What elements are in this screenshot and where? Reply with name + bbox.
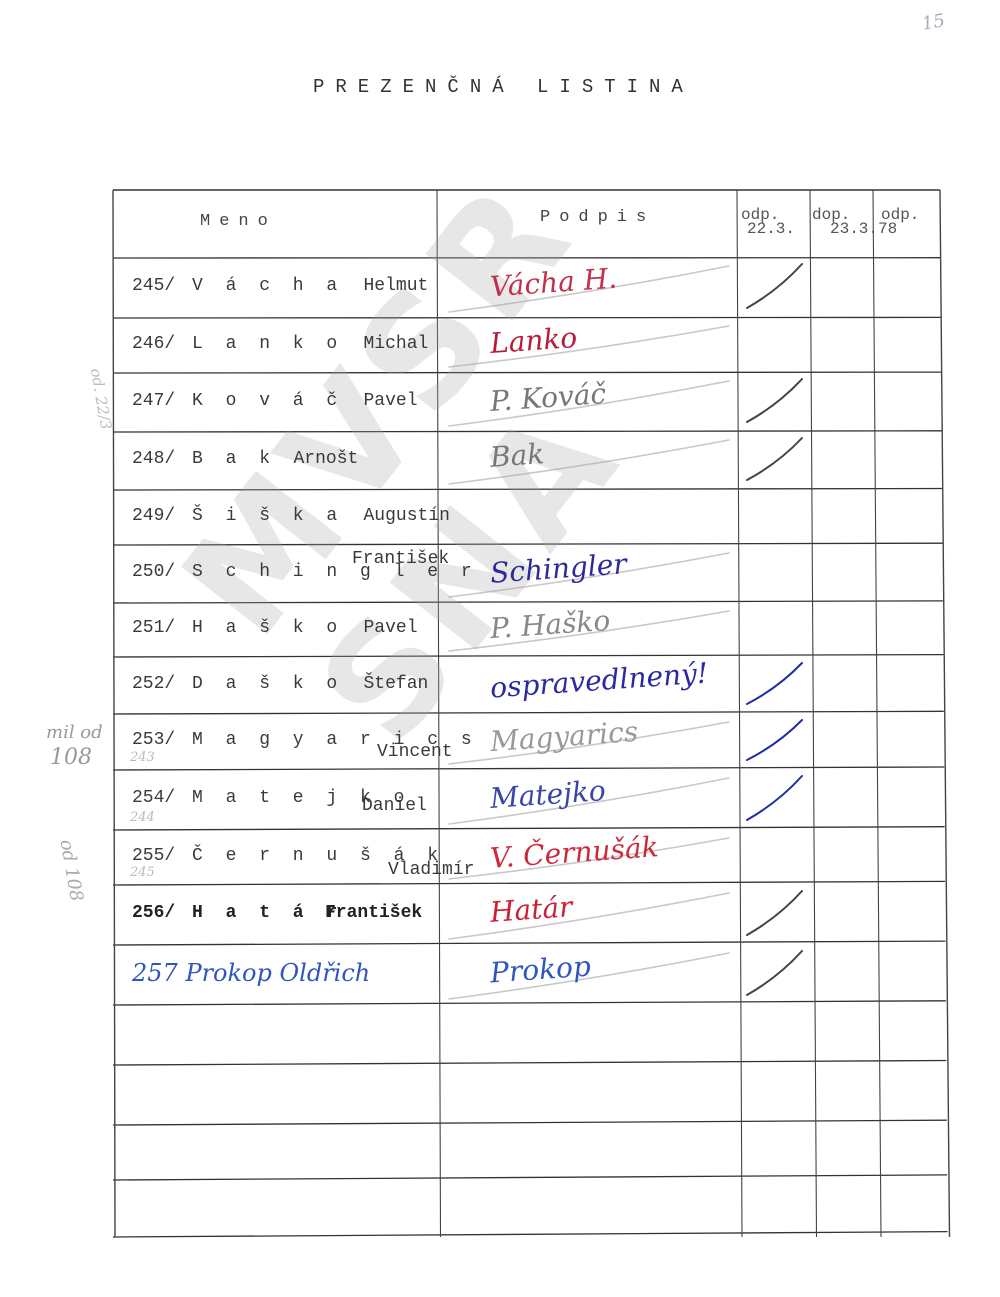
row-number: 249/	[132, 506, 175, 526]
signature: Lanko	[489, 321, 578, 360]
check-mark-dop-23	[747, 438, 802, 480]
signature: Bak	[489, 437, 545, 474]
handwritten-name: 257 Prokop Oldřich	[132, 959, 370, 987]
first-name: František	[325, 903, 422, 923]
header-odp-23: odp.	[881, 208, 919, 222]
row-number: 251/	[132, 618, 175, 638]
check-mark-dop-23	[747, 720, 802, 760]
surname: Š i š k a	[192, 506, 343, 526]
pencil-note: 243	[130, 750, 155, 765]
row-number: 252/	[132, 674, 175, 694]
pencil-note: 245	[130, 865, 155, 880]
row-number: 250/	[132, 562, 175, 582]
check-mark-dop-23	[747, 776, 802, 820]
row-number: 248/	[132, 449, 175, 469]
row-number: 253/	[132, 730, 175, 750]
header-signature: Podpis	[540, 208, 655, 227]
row-number: 247/	[132, 391, 175, 411]
surname: H a t á r	[192, 903, 343, 923]
surname: H a š k o	[192, 618, 343, 638]
header-dop-23-date: 23.3.78	[812, 222, 897, 236]
signature: Határ	[489, 890, 574, 929]
first-name: František	[352, 549, 449, 569]
margin-note-mil: mil od	[46, 722, 103, 743]
row-number: 254/	[132, 788, 175, 808]
check-mark-dop-23	[747, 264, 802, 308]
first-name: Štefan	[364, 674, 429, 694]
row-number: 255/	[132, 846, 175, 866]
surname: D a š k o	[192, 674, 343, 694]
first-name: Vladimír	[388, 860, 474, 880]
margin-note-108: 108	[50, 745, 92, 770]
first-name: Arnošt	[294, 449, 359, 469]
surname: V á c h a	[192, 276, 343, 296]
first-name: Helmut	[364, 276, 429, 296]
surname: L a n k o	[192, 334, 343, 354]
check-mark-dop-23	[747, 891, 802, 935]
pencil-note: 244	[130, 810, 155, 825]
row-number: 245/	[132, 276, 175, 296]
table-grid	[0, 0, 1000, 1297]
surname: B a k	[192, 449, 276, 469]
first-name: Pavel	[364, 618, 418, 638]
check-mark-dop-23	[747, 663, 802, 704]
surname: K o v á č	[192, 391, 343, 411]
row-number: 256/	[132, 903, 175, 923]
header-name: Meno	[200, 212, 277, 231]
header-odp-23-label: odp.	[881, 208, 919, 222]
signature: Prokop	[489, 950, 592, 990]
header-odp-22: odp. 22.3.	[741, 208, 795, 236]
first-name: Daniel	[362, 796, 427, 816]
first-name: Vincent	[377, 742, 453, 762]
header-odp-22-date: 22.3.	[741, 222, 795, 236]
row-number: 246/	[132, 334, 175, 354]
first-name: Michal	[364, 334, 429, 354]
first-name: Augustín	[364, 506, 450, 526]
check-mark-dop-23	[747, 951, 802, 995]
first-name: Pavel	[364, 391, 418, 411]
check-mark-dop-23	[747, 379, 802, 422]
